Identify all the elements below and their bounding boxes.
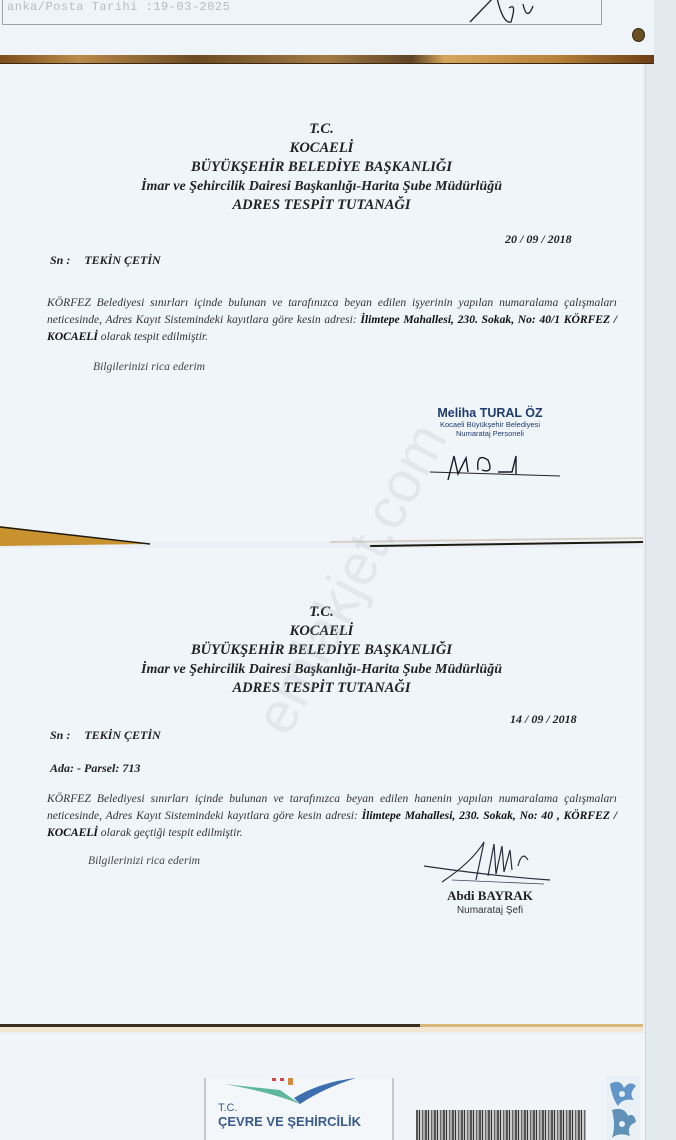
ministry-logo-card: T.C. ÇEVRE VE ŞEHİRCİLİK [204, 1078, 392, 1140]
recipient-label: Sn : [50, 253, 70, 267]
paper-edge-divider [0, 1022, 643, 1032]
regards-text: Bilgilerinizi rica ederim [93, 360, 205, 373]
table-edge-divider [0, 55, 654, 64]
recipient: Sn :TEKİN ÇETİN [50, 728, 161, 743]
header-institution: BÜYÜKŞEHİR BELEDİYE BAŞKANLIĞI [0, 641, 643, 660]
address-report-1: T.C. KOCAELİ BÜYÜKŞEHİR BELEDİYE BAŞKANL… [0, 64, 643, 542]
body-suffix: olarak tespit edilmiştir. [98, 330, 208, 343]
document-body: KÖRFEZ Belediyesi sınırları içinde bulun… [47, 294, 617, 345]
signature-icon [428, 448, 568, 484]
recipient: Sn :TEKİN ÇETİN [50, 253, 161, 268]
header-institution: BÜYÜKŞEHİR BELEDİYE BAŞKANLIĞI [0, 158, 643, 177]
punch-hole-icon [632, 28, 645, 42]
header-tc: T.C. [0, 603, 643, 622]
signer-name: Meliha TURAL ÖZ [420, 406, 560, 420]
recipient-name: TEKİN ÇETİN [84, 728, 160, 742]
signer-block: Abdi BAYRAK Numarataj Şefi [440, 888, 540, 917]
barcode-icon [416, 1110, 586, 1140]
header-tc: T.C. [0, 120, 643, 139]
document-body: KÖRFEZ Belediyesi sınırları içinde bulun… [47, 790, 617, 841]
recipient-label: Sn : [50, 728, 70, 742]
header-department: İmar ve Şehircilik Dairesi Başkanlığı-Ha… [0, 660, 643, 679]
signer-role: Numarataj Şefi [440, 904, 540, 917]
document-date: 20 / 09 / 2018 [505, 232, 572, 247]
signer-block: Meliha TURAL ÖZ Kocaeli Büyükşehir Beled… [420, 406, 560, 438]
regards-text: Bilgilerinizi rica ederim [88, 854, 200, 867]
header-department: İmar ve Şehircilik Dairesi Başkanlığı-Ha… [0, 177, 643, 196]
barcode-card [392, 1078, 604, 1140]
header-title: ADRES TESPİT TUTANAĞI [0, 679, 643, 698]
document-header: T.C. KOCAELİ BÜYÜKŞEHİR BELEDİYE BAŞKANL… [0, 120, 643, 215]
header-city: KOCAELİ [0, 139, 643, 158]
signature-icon [422, 836, 562, 892]
signer-org: Kocaeli Büyükşehir Belediyesi [420, 420, 560, 429]
document-date: 14 / 09 / 2018 [510, 712, 577, 727]
signer-name: Abdi BAYRAK [440, 888, 540, 904]
scan-edge-strip [645, 0, 676, 1140]
ministry-logo-text: T.C. ÇEVRE VE ŞEHİRCİLİK [218, 1102, 361, 1128]
ornament-border-icon [606, 1076, 640, 1140]
signer-role: Numarataj Personeli [420, 429, 560, 438]
signature-icon [465, 0, 555, 26]
previous-document-strip: anka/Posta Tarihi :19-03-2025 [0, 0, 654, 58]
document-header: T.C. KOCAELİ BÜYÜKŞEHİR BELEDİYE BAŞKANL… [0, 603, 643, 698]
logo-ministry: ÇEVRE VE ŞEHİRCİLİK [218, 1115, 361, 1128]
address-report-2: T.C. KOCAELİ BÜYÜKŞEHİR BELEDİYE BAŞKANL… [0, 548, 643, 1026]
header-city: KOCAELİ [0, 622, 643, 641]
paper-edge-divider [0, 526, 643, 548]
postal-date-text: anka/Posta Tarihi :19-03-2025 [7, 0, 230, 14]
body-suffix: olarak geçtiği tespit edilmiştir. [98, 826, 243, 839]
parcel-info: Ada: - Parsel: 713 [50, 761, 140, 776]
header-title: ADRES TESPİT TUTANAĞI [0, 196, 643, 215]
recipient-name: TEKİN ÇETİN [84, 253, 160, 267]
